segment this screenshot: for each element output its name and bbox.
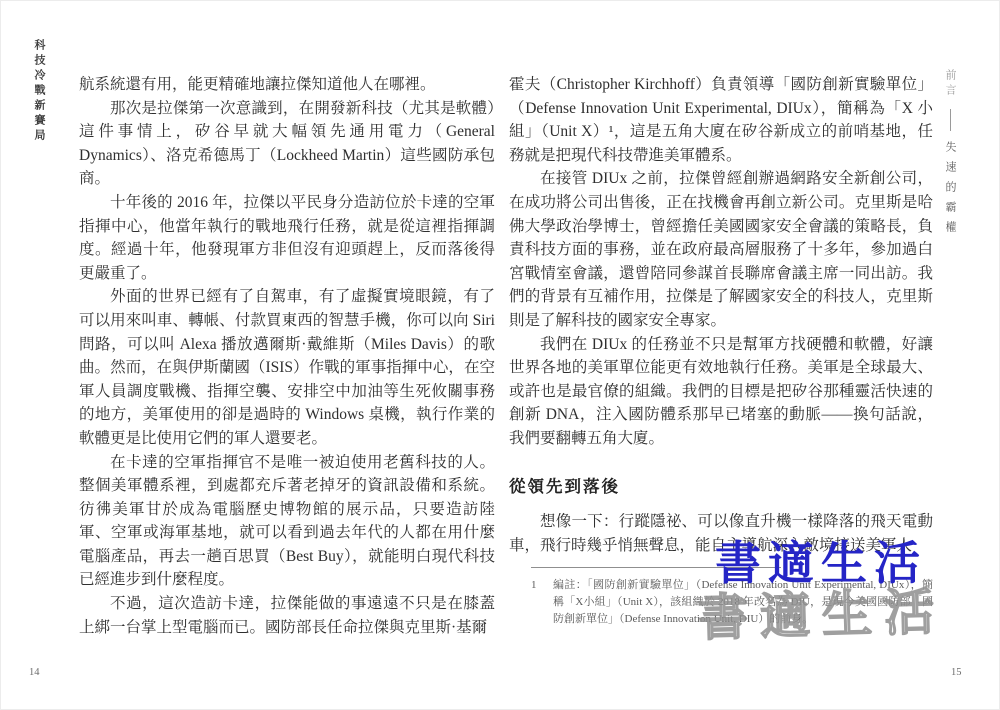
left-page-body: 航系統還有用，能更精確地讓拉傑知道他人在哪裡。 那次是拉傑第一次意識到，在開發新… — [79, 73, 495, 639]
chapter-title: 失速的霸權 — [942, 141, 958, 241]
watermark-secondary: 書適生活 — [697, 572, 947, 650]
body-paragraph: 我們在 DIUx 的任務並不只是幫軍方找硬體和軟體，好讓世界各地的美軍單位能更有… — [509, 333, 933, 451]
chapter-label: 前言 — [942, 69, 958, 99]
page-number-left: 14 — [29, 667, 40, 678]
chapter-margin-column: 前言 失速的霸權 — [942, 69, 958, 241]
body-paragraph: 在卡達的空軍指揮官不是唯一被迫使用老舊科技的人。整個美軍體系裡，到處都充斥著老掉… — [79, 451, 495, 593]
body-paragraph: 十年後的 2016 年，拉傑以平民身分造訪位於卡達的空軍指揮中心，他當年執行的戰… — [79, 191, 495, 285]
body-paragraph: 那次是拉傑第一次意識到，在開發新科技（尤其是軟體）這件事情上，矽谷早就大幅領先通… — [79, 97, 495, 191]
book-spread: 科技冷戰新賽局 航系統還有用，能更精確地讓拉傑知道他人在哪裡。 那次是拉傑第一次… — [0, 0, 1000, 710]
right-page-body: 霍夫（Christopher Kirchhoff）負責領導「國防創新實驗單位」（… — [509, 73, 933, 557]
body-paragraph: 航系統還有用，能更精確地讓拉傑知道他人在哪裡。 — [79, 73, 495, 97]
body-paragraph: 霍夫（Christopher Kirchhoff）負責領導「國防創新實驗單位」（… — [509, 73, 933, 167]
body-paragraph: 外面的世界已經有了自駕車，有了虛擬實境眼鏡，有了可以用來叫車、轉帳、付款買東西的… — [79, 285, 495, 450]
body-paragraph: 在接管 DIUx 之前，拉傑曾經創辦過網路安全新創公司，在成功將公司出售後，正在… — [509, 167, 933, 332]
spine-title: 科技冷戰新賽局 — [31, 39, 47, 144]
footnote-marker: 1 — [531, 577, 553, 628]
body-paragraph: 不過，這次造訪卡達，拉傑能做的事遠遠不只是在膝蓋上綁一台掌上型電腦而已。國防部長… — [79, 592, 495, 639]
section-heading: 從領先到落後 — [509, 475, 933, 499]
chapter-divider-line — [950, 109, 951, 131]
page-number-right: 15 — [951, 667, 962, 678]
